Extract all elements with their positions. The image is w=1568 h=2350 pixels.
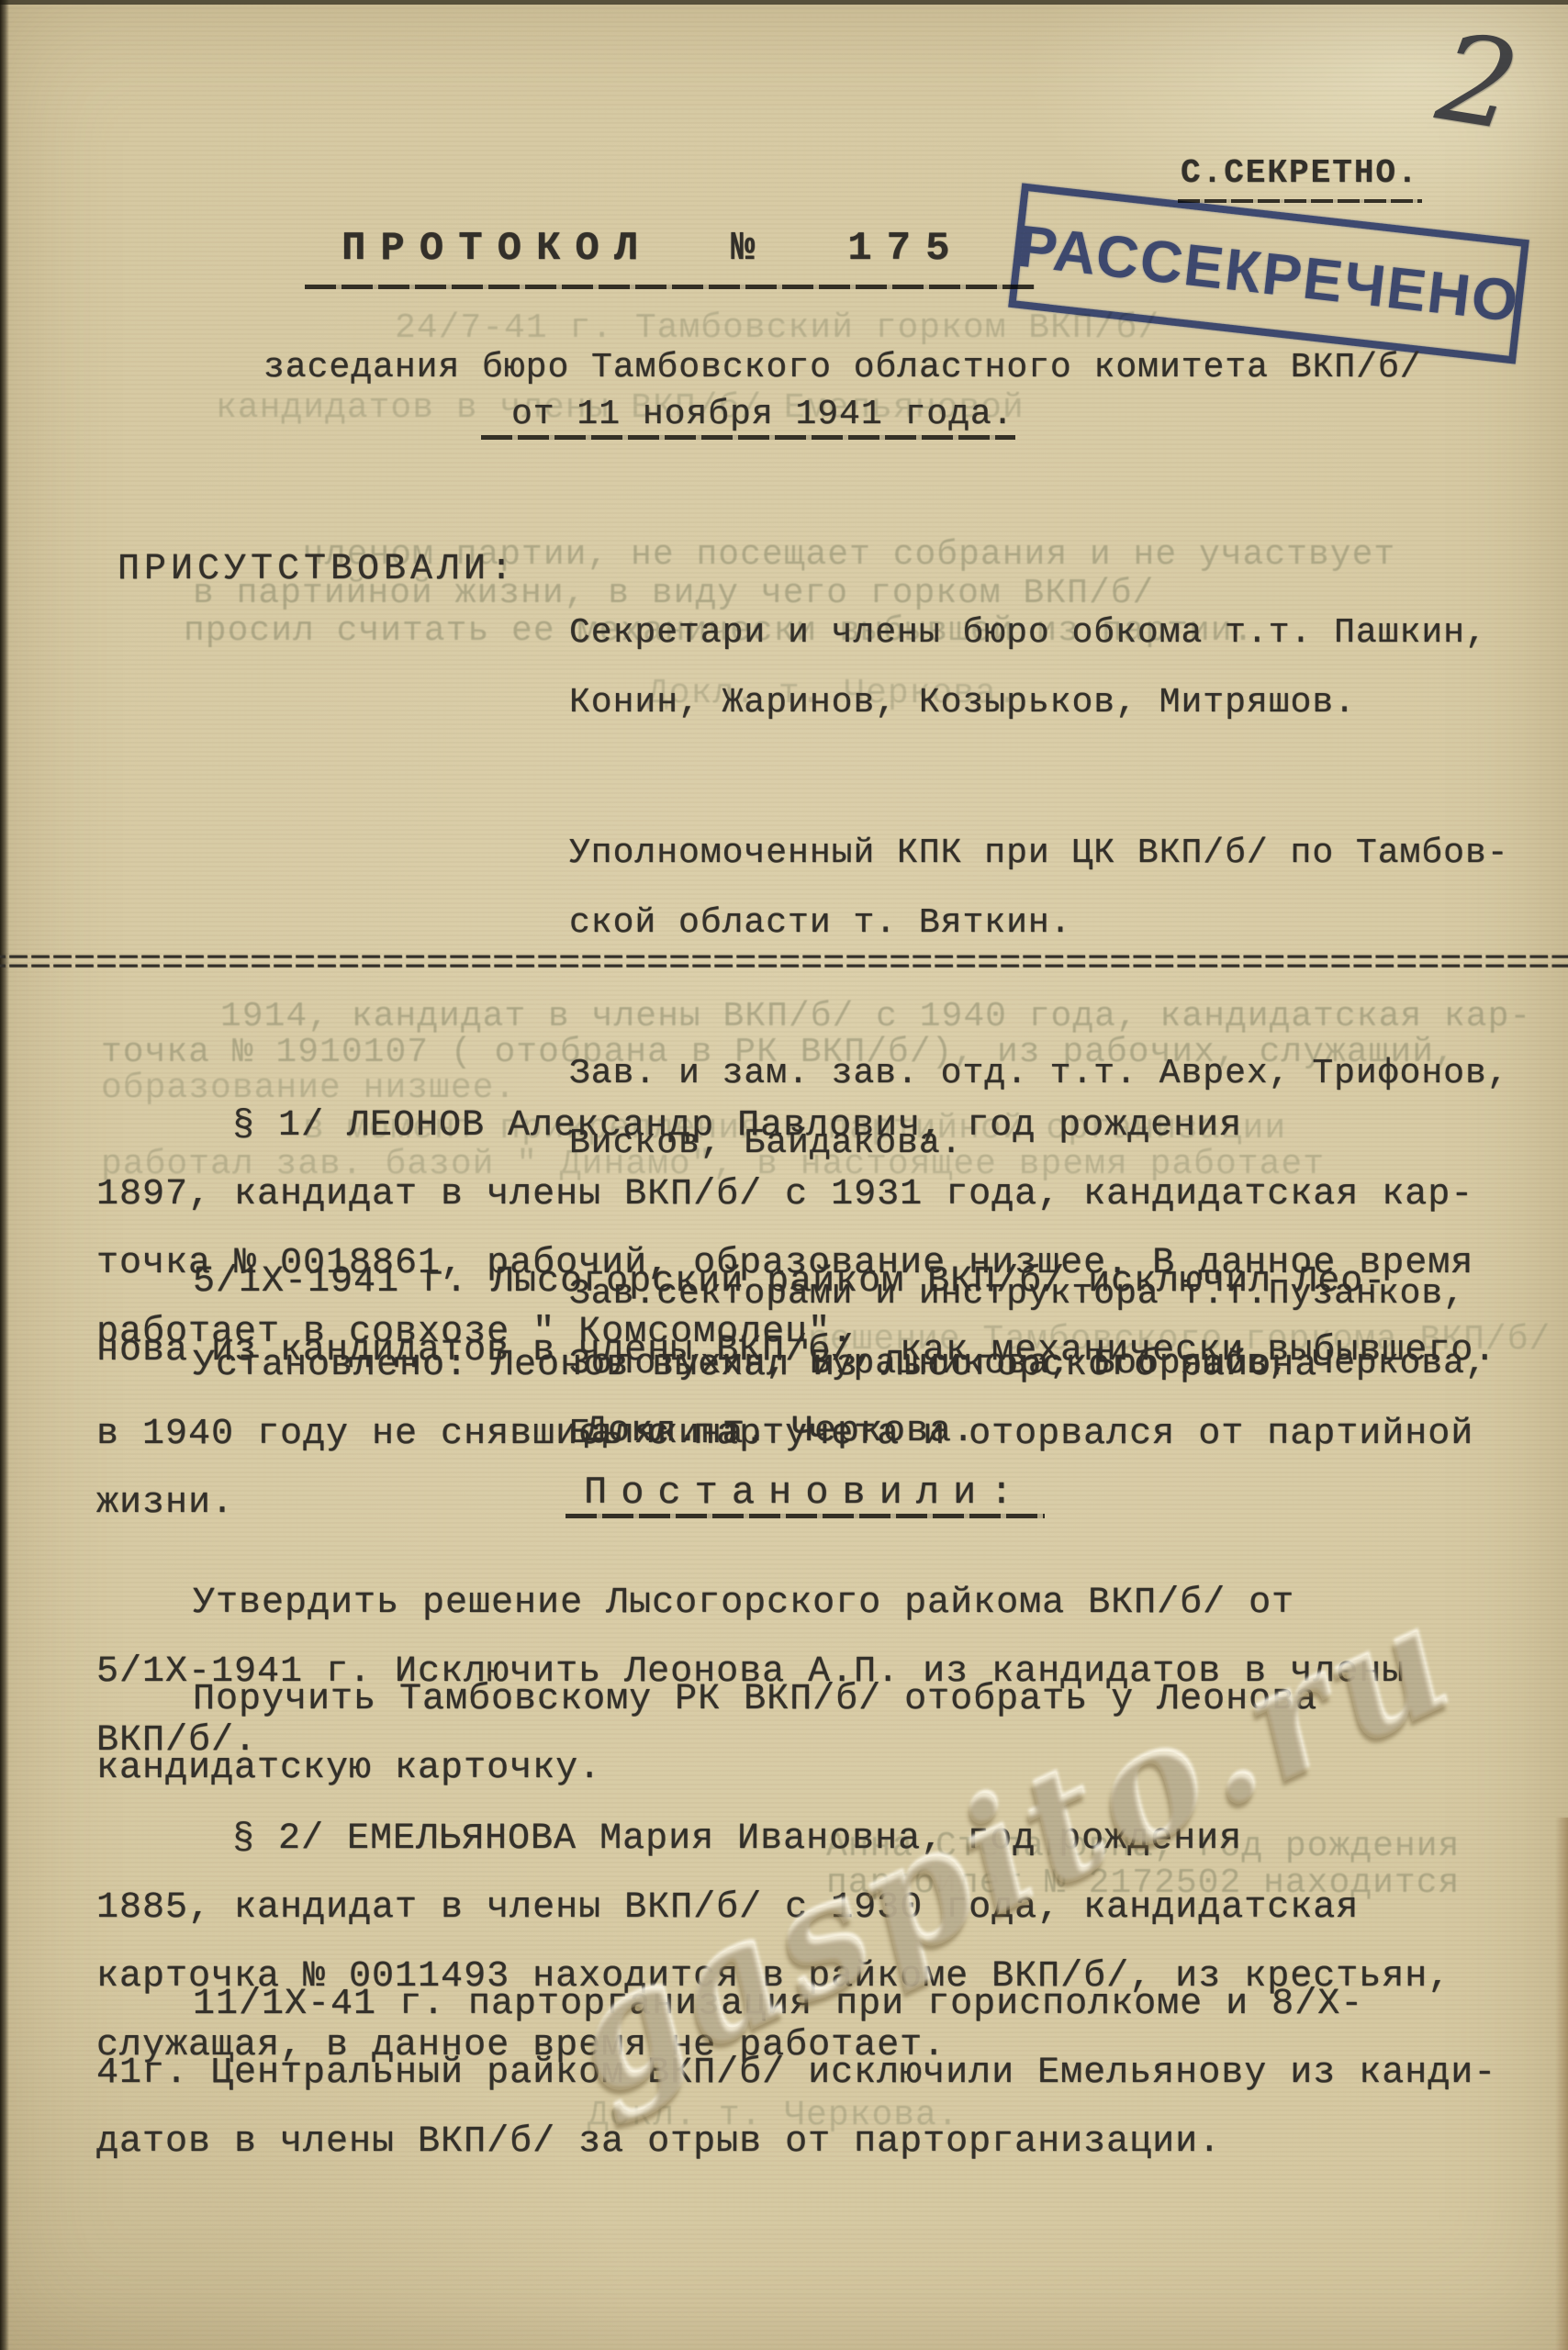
date-underline [481,435,1015,440]
body-line: § 1/ ЛЕОНОВ Александр Павлович, год рожд… [96,1108,1547,1144]
scan-edge-left [0,0,9,2350]
bleedthrough-line: 24/7-41 г. Тамбовский горком ВКП/б/ [395,310,1159,346]
typed-divider: ========================================… [0,944,1568,985]
body-line: 5/1Х-1941 г. Лысогорский райком ВКП/б/ и… [96,1264,1547,1300]
protocol-title: ПРОТОКОЛ № 175 [342,226,964,272]
body-line: 41г. Центральный райком ВКП/б/ исключили… [96,2055,1547,2091]
reporter-line: Докл. т. Черкова. [585,1411,975,1452]
classification-underline [1178,199,1422,203]
attendee-line: Секретари и члены бюро обкома т.т. Пашки… [569,615,1568,652]
attendees-group: Секретари и члены бюро обкома т.т. Пашки… [569,582,1568,755]
handwritten-page-number: 2 [1430,17,1526,149]
subtitle-session: заседания бюро Тамбовского областного ко… [263,348,1422,387]
body-line: датов в члены ВКП/б/ за отрыв от парторг… [96,2124,1547,2160]
scan-edge-top [0,0,1568,5]
scan-edge-right [1555,1818,1568,2350]
body-line: Установлено: Леонов выехал из Лысогорско… [96,1348,1547,1383]
attendee-line: ской области т. Вяткин. [569,905,1568,942]
classification-label: С.СЕКРЕТНО. [1181,154,1419,192]
resolved-underline [566,1514,1045,1518]
document-page: 24/7-41 г. Тамбовский горком ВКП/б/ канд… [0,0,1568,2350]
body-line: 1897, кандидат в члены ВКП/б/ с 1931 год… [96,1177,1547,1213]
resolved-heading: Постановили: [584,1471,1026,1515]
attendees-label: ПРИСУТСТВОВАЛИ: [118,549,517,590]
title-underline [305,285,1035,289]
attendee-line: Конин, Жаринов, Козырьков, Митряшов. [569,685,1568,722]
subtitle-date: от 11 ноября 1941 года. [511,395,1014,434]
attendee-line: Уполномоченный КПК при ЦК ВКП/б/ по Тамб… [569,835,1568,872]
